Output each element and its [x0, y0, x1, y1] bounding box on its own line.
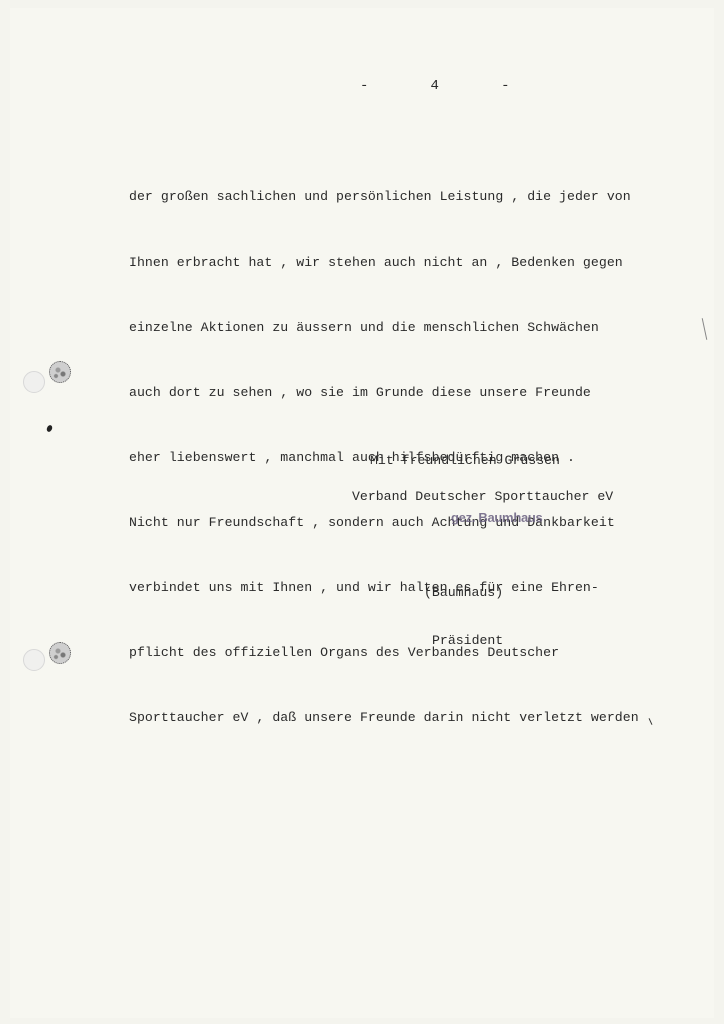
signer-title: Präsident [424, 633, 503, 649]
body-line: auch dort zu sehen , wo sie im Grunde di… [129, 382, 719, 404]
body-line: der großen sachlichen und persönlichen L… [129, 186, 719, 208]
punch-hole-icon [49, 361, 71, 383]
signature-stamp: gez. Baumhaus [451, 510, 542, 525]
closing-organization: Verband Deutscher Sporttaucher eV [352, 491, 613, 503]
signer-name: (Baumhaus) [424, 585, 503, 601]
closing-block: Mit freundlichen Grüssen Verband Deutsch… [352, 431, 613, 515]
signer-block: (Baumhaus) Präsident [424, 553, 503, 665]
punch-hole-icon [23, 371, 45, 393]
closing-greeting: Mit freundlichen Grüssen [352, 455, 613, 467]
body-line: Nicht nur Freundschaft , sondern auch Ac… [129, 512, 719, 534]
page-number-dash-right: - [501, 78, 510, 94]
page-number: 4 [431, 78, 440, 94]
page-number-header: - 4 - [360, 78, 510, 94]
body-line: Ihnen erbracht hat , wir stehen auch nic… [129, 252, 719, 274]
page-number-dash-left: - [360, 78, 369, 94]
body-line: einzelne Aktionen zu äussern und die men… [129, 317, 719, 339]
punch-hole-icon [49, 642, 71, 664]
punch-hole-icon [23, 649, 45, 671]
body-line: Sporttaucher eV , daß unsere Freunde dar… [129, 707, 719, 729]
